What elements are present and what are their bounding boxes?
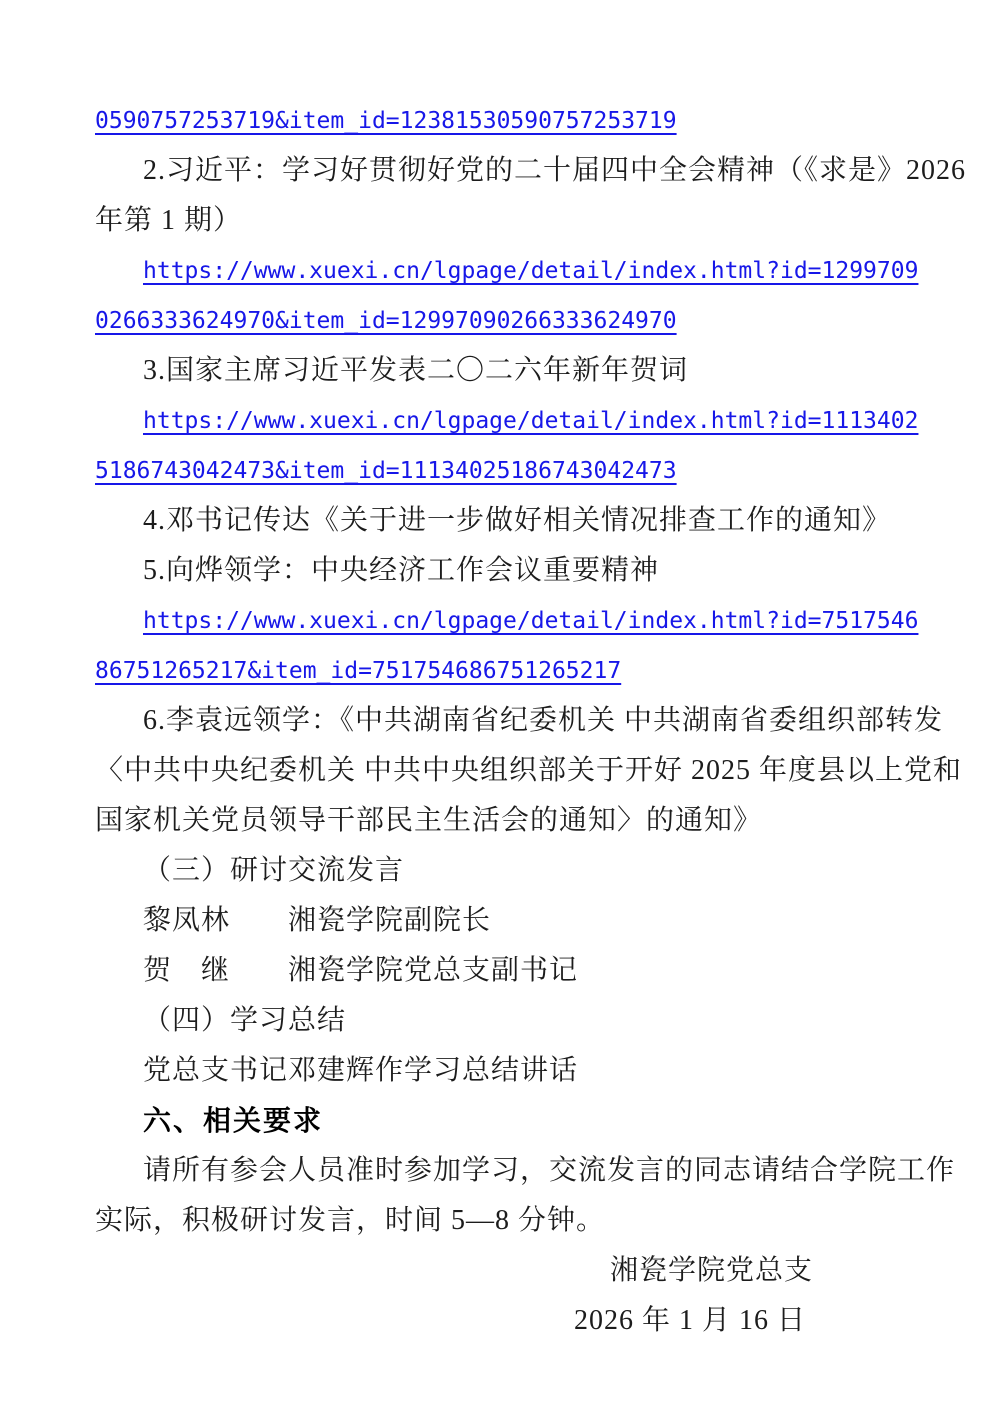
hyperlink-line[interactable]: https://www.xuexi.cn/lgpage/detail/index… [95,396,905,446]
text-line: （三）研讨交流发言 [95,846,905,896]
text-line: 5.向烨领学：中央经济工作会议重要精神 [95,546,905,596]
text-line: 实际，积极研讨发言，时间 5—8 分钟。 [95,1196,905,1246]
text-line: 〈中共中央纪委机关 中共中央组织部关于开好 2025 年度县以上党和 [95,746,905,796]
text-line: 6.李袁远领学：《中共湖南省纪委机关 中共湖南省委组织部转发 [95,696,905,746]
text-line: 年第 1 期） [95,196,905,246]
text-line: 请所有参会人员准时参加学习，交流发言的同志请结合学院工作 [95,1146,905,1196]
document-body: 0590757253719&item_id=123815305907572537… [95,96,905,1346]
signature-date-line: 2026 年 1 月 16 日 [95,1296,905,1346]
text-line: （四）学习总结 [95,996,905,1046]
section-heading: 六、相关要求 [95,1096,905,1146]
hyperlink-line[interactable]: 0266333624970&item_id=129970902663336249… [95,296,905,346]
signature-line: 湘瓷学院党总支 [95,1246,905,1296]
hyperlink-line[interactable]: 0590757253719&item_id=123815305907572537… [95,96,905,146]
hyperlink-line[interactable]: 5186743042473&item_id=111340251867430424… [95,446,905,496]
hyperlink-line[interactable]: 86751265217&item_id=751754686751265217 [95,646,905,696]
text-line: 国家机关党员领导干部民主生活会的通知〉的通知》 [95,796,905,846]
document-page: 0590757253719&item_id=123815305907572537… [0,0,1000,1415]
hyperlink-line[interactable]: https://www.xuexi.cn/lgpage/detail/index… [95,596,905,646]
text-line: 4.邓书记传达《关于进一步做好相关情况排查工作的通知》 [95,496,905,546]
text-line: 3.国家主席习近平发表二〇二六年新年贺词 [95,346,905,396]
text-line: 2.习近平：学习好贯彻好党的二十届四中全会精神（《求是》2026 [95,146,905,196]
text-line: 贺 继 湘瓷学院党总支副书记 [95,946,905,996]
text-line: 党总支书记邓建辉作学习总结讲话 [95,1046,905,1096]
text-line: 黎凤林 湘瓷学院副院长 [95,896,905,946]
hyperlink-line[interactable]: https://www.xuexi.cn/lgpage/detail/index… [95,246,905,296]
